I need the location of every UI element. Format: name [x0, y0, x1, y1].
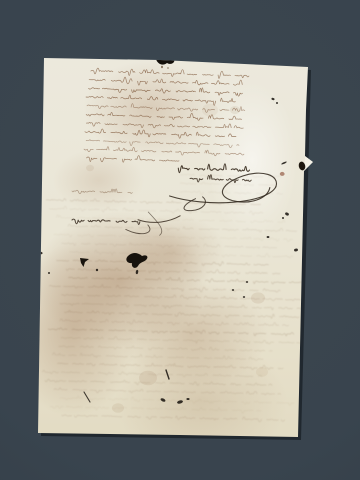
body-text-block — [84, 67, 252, 167]
secondary-signature — [72, 210, 181, 236]
edge-tear-flap — [298, 156, 313, 171]
principal-signature — [169, 162, 285, 213]
top-ink-blot — [156, 53, 174, 68]
photo-background — [0, 0, 360, 480]
handwriting-svg — [30, 50, 315, 445]
bleedthrough-layer — [42, 171, 315, 423]
manuscript-page — [30, 50, 315, 445]
left-annotation — [72, 188, 138, 195]
